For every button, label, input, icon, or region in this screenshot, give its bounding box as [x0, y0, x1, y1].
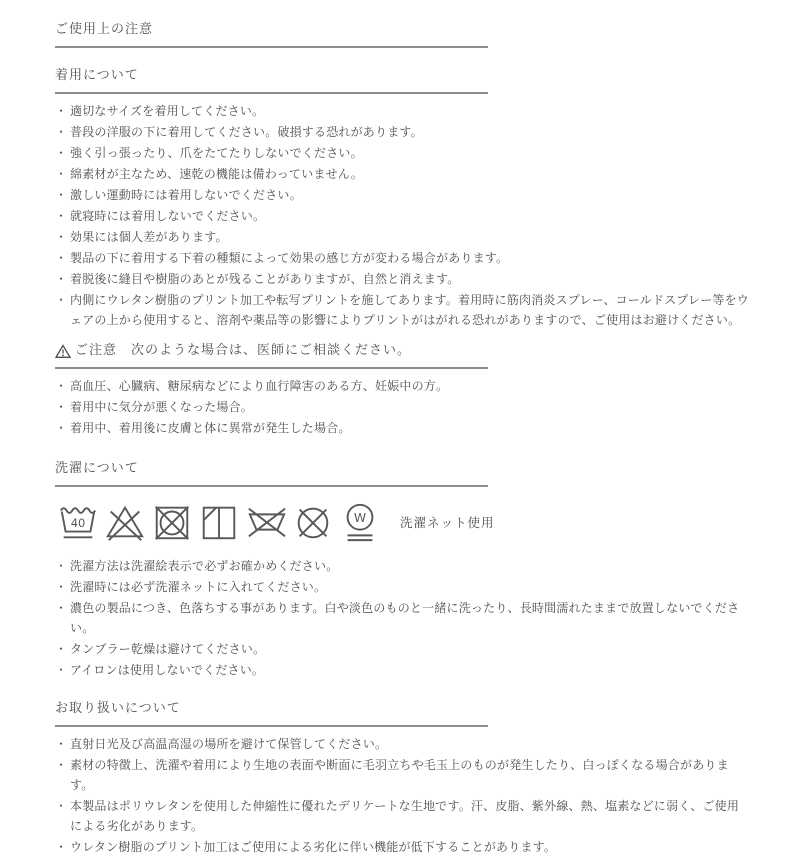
bullet-dot: ・ — [55, 755, 70, 795]
bullet-dot: ・ — [55, 143, 70, 163]
note-item: ・ 綿素材が主なため、速乾の機能は備わっていません。 — [55, 164, 750, 184]
note-item: ・ 普段の洋服の下に着用してください。破損する恐れがあります。 — [55, 122, 750, 142]
note-item: ・ 直射日光及び高温高湿の場所を避けて保管してください。 — [55, 734, 750, 754]
do-not-dry-clean-icon — [292, 499, 334, 545]
section-title-handling: お取り扱いについて — [55, 701, 488, 727]
bullet-dot: ・ — [55, 290, 70, 330]
wash-symbols: 40W洗濯ネット使用 — [57, 499, 750, 545]
note-item: ・ 強く引っ張ったり、爪をたてたりしないでください。 — [55, 143, 750, 163]
note-item: ・ 製品の下に着用する下着の種類によって効果の感じ方が変わる場合があります。 — [55, 248, 750, 268]
note-item: ・ 濃色の製品につき、色落ちする事があります。白や淡色のものと一緒に洗ったり、長… — [55, 598, 750, 638]
note-text: アイロンは使用しないでください。 — [70, 660, 750, 680]
handling-notes-list: ・ 直射日光及び高温高湿の場所を避けて保管してください。 ・ 素材の特徴上、洗濯… — [55, 734, 750, 857]
svg-text:40: 40 — [71, 516, 86, 530]
bullet-dot: ・ — [55, 248, 70, 268]
note-text: 素材の特徴上、洗濯や着用により生地の表面や断面に毛羽立ちや毛玉上のものが発生した… — [70, 755, 750, 795]
care-instructions-page: ご使用上の注意 着用について ・ 適切なサイズを着用してください。 ・ 普段の洋… — [0, 0, 800, 857]
note-text: 適切なサイズを着用してください。 — [70, 101, 750, 121]
bullet-dot: ・ — [55, 164, 70, 184]
bullet-dot: ・ — [55, 376, 70, 396]
note-text: タンブラー乾燥は避けてください。 — [70, 639, 750, 659]
svg-text:W: W — [354, 510, 366, 525]
note-item: ・ ウレタン樹脂のプリント加工はご使用による劣化に伴い機能が低下することがありま… — [55, 837, 750, 857]
do-not-tumble-dry-icon — [151, 499, 193, 545]
note-item: ・ 効果には個人差があります。 — [55, 227, 750, 247]
note-text: 就寝時には着用しないでください。 — [70, 206, 750, 226]
wash-notes-list: ・ 洗濯方法は洗濯絵表示で必ずお確かめください。 ・ 洗濯時には必ず洗濯ネットに… — [55, 556, 750, 680]
note-text: 本製品はポリウレタンを使用した伸縮性に優れたデリケートな生地です。汗、皮脂、紫外… — [70, 796, 750, 836]
bullet-dot: ・ — [55, 556, 70, 576]
note-text: 直射日光及び高温高湿の場所を避けて保管してください。 — [70, 734, 750, 754]
note-text: 着用中、着用後に皮膚と体に異常が発生した場合。 — [70, 418, 750, 438]
wear-notes-list: ・ 適切なサイズを着用してください。 ・ 普段の洋服の下に着用してください。破損… — [55, 101, 750, 330]
note-item: ・ 着用中に気分が悪くなった場合。 — [55, 397, 750, 417]
do-not-bleach-icon — [104, 499, 146, 545]
note-item: ・ 着脱後に縫目や樹脂のあとが残ることがありますが、自然と消えます。 — [55, 269, 750, 289]
bullet-dot: ・ — [55, 837, 70, 857]
bullet-dot: ・ — [55, 660, 70, 680]
note-text: 製品の下に着用する下着の種類によって効果の感じ方が変わる場合があります。 — [70, 248, 750, 268]
note-text: 綿素材が主なため、速乾の機能は備わっていません。 — [70, 164, 750, 184]
bullet-dot: ・ — [55, 227, 70, 247]
bullet-dot: ・ — [55, 206, 70, 226]
section-wash: 洗濯について 40W洗濯ネット使用 ・ 洗濯方法は洗濯絵表示で必ずお確かめくださ… — [55, 461, 750, 680]
wash-40-gentle-icon: 40 — [57, 499, 99, 545]
bullet-dot: ・ — [55, 796, 70, 836]
bullet-dot: ・ — [55, 598, 70, 638]
note-text: 内側にウレタン樹脂のプリント加工や転写プリントを施してあります。着用時に筋肉消炎… — [70, 290, 750, 330]
section-title-wash: 洗濯について — [55, 461, 488, 487]
note-item: ・ タンブラー乾燥は避けてください。 — [55, 639, 750, 659]
note-item: ・ 就寝時には着用しないでください。 — [55, 206, 750, 226]
section-title-wear: 着用について — [55, 68, 488, 94]
note-text: 洗濯方法は洗濯絵表示で必ずお確かめください。 — [70, 556, 750, 576]
note-text: 強く引っ張ったり、爪をたてたりしないでください。 — [70, 143, 750, 163]
note-item: ・ 適切なサイズを着用してください。 — [55, 101, 750, 121]
note-item: ・ 素材の特徴上、洗濯や着用により生地の表面や断面に毛羽立ちや毛玉上のものが発生… — [55, 755, 750, 795]
bullet-dot: ・ — [55, 397, 70, 417]
section-title-caution: ご注意 次のような場合は、医師にご相談ください。 — [55, 343, 488, 369]
bullet-dot: ・ — [55, 734, 70, 754]
note-text: 効果には個人差があります。 — [70, 227, 750, 247]
bullet-dot: ・ — [55, 269, 70, 289]
note-item: ・ 高血圧、心臓病、糖尿病などにより血行障害のある方、妊娠中の方。 — [55, 376, 750, 396]
note-text: 普段の洋服の下に着用してください。破損する恐れがあります。 — [70, 122, 750, 142]
section-caution: ご注意 次のような場合は、医師にご相談ください。 ・ 高血圧、心臓病、糖尿病など… — [55, 343, 750, 438]
note-item: ・ 着用中、着用後に皮膚と体に異常が発生した場合。 — [55, 418, 750, 438]
note-text: 着用中に気分が悪くなった場合。 — [70, 397, 750, 417]
warning-triangle-icon — [55, 344, 71, 359]
do-not-wring-icon — [245, 499, 287, 545]
bullet-dot: ・ — [55, 101, 70, 121]
section-wear: 着用について ・ 適切なサイズを着用してください。 ・ 普段の洋服の下に着用して… — [55, 68, 750, 330]
page-title: ご使用上の注意 — [55, 22, 488, 48]
note-item: ・ アイロンは使用しないでください。 — [55, 660, 750, 680]
wash-symbols-note: 洗濯ネット使用 — [400, 513, 495, 531]
note-text: ウレタン樹脂のプリント加工はご使用による劣化に伴い機能が低下することがあります。 — [70, 837, 750, 857]
note-text: 激しい運動時には着用しないでください。 — [70, 185, 750, 205]
note-item: ・ 洗濯時には必ず洗濯ネットに入れてください。 — [55, 577, 750, 597]
bullet-dot: ・ — [55, 122, 70, 142]
bullet-dot: ・ — [55, 185, 70, 205]
note-item: ・ 内側にウレタン樹脂のプリント加工や転写プリントを施してあります。着用時に筋肉… — [55, 290, 750, 330]
bullet-dot: ・ — [55, 577, 70, 597]
note-text: 濃色の製品につき、色落ちする事があります。白や淡色のものと一緒に洗ったり、長時間… — [70, 598, 750, 638]
note-text: 着脱後に縫目や樹脂のあとが残ることがありますが、自然と消えます。 — [70, 269, 750, 289]
note-text: 高血圧、心臓病、糖尿病などにより血行障害のある方、妊娠中の方。 — [70, 376, 750, 396]
wet-clean-very-gentle-icon: W — [339, 499, 381, 545]
line-dry-in-shade-icon — [198, 499, 240, 545]
bullet-dot: ・ — [55, 639, 70, 659]
note-item: ・ 本製品はポリウレタンを使用した伸縮性に優れたデリケートな生地です。汗、皮脂、… — [55, 796, 750, 836]
caution-notes-list: ・ 高血圧、心臓病、糖尿病などにより血行障害のある方、妊娠中の方。 ・ 着用中に… — [55, 376, 750, 438]
caution-heading-text: ご注意 次のような場合は、医師にご相談ください。 — [75, 343, 411, 359]
note-item: ・ 激しい運動時には着用しないでください。 — [55, 185, 750, 205]
note-text: 洗濯時には必ず洗濯ネットに入れてください。 — [70, 577, 750, 597]
section-handling: お取り扱いについて ・ 直射日光及び高温高湿の場所を避けて保管してください。 ・… — [55, 701, 750, 857]
note-item: ・ 洗濯方法は洗濯絵表示で必ずお確かめください。 — [55, 556, 750, 576]
bullet-dot: ・ — [55, 418, 70, 438]
